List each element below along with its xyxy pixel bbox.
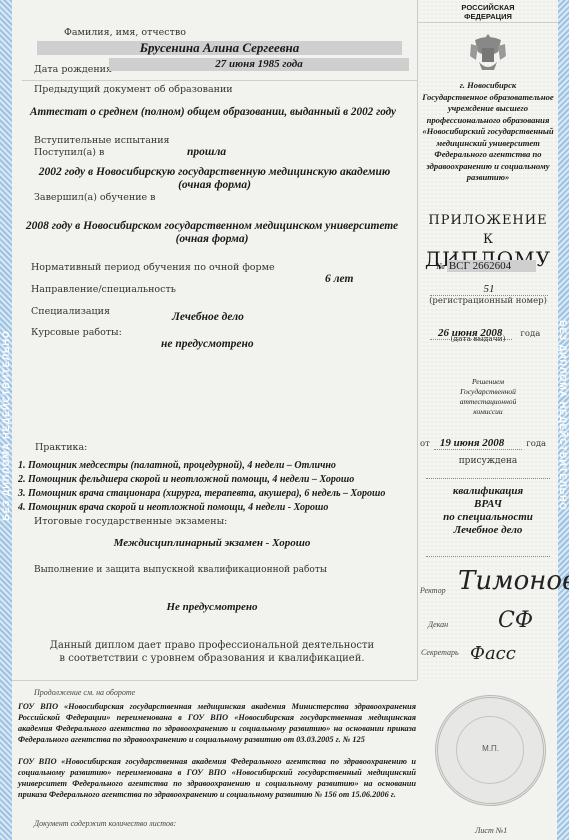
institution-city: г. Новосибирск xyxy=(418,80,558,92)
commission-line: аттестационной xyxy=(418,397,558,407)
specialization-value: Лечебное дело xyxy=(172,311,244,323)
divider xyxy=(22,80,417,81)
completion-value: 2008 году в Новосибирском государственно… xyxy=(12,220,412,232)
completion-form: (очная форма) xyxy=(12,233,412,245)
thesis-label: Выполнение и защита выпускной квалификац… xyxy=(34,565,327,575)
period-label: Нормативный период обучения по очной фор… xyxy=(31,262,275,273)
direction-label: Направление/специальность xyxy=(31,284,176,295)
qualification-label: квалификация xyxy=(418,485,558,498)
dean-signature: СФ xyxy=(498,608,533,633)
commission-block: Решением Государственной аттестационной … xyxy=(418,377,558,417)
supplement-number: ВСГ 2662604 xyxy=(447,260,536,272)
rights-line1: Данный диплом дает право профессионально… xyxy=(12,640,412,651)
number-prefix: № xyxy=(436,261,445,271)
reg-number: 51 xyxy=(430,283,548,296)
enrolled-form: (очная форма) xyxy=(22,179,407,191)
awarded-label: присуждена xyxy=(418,456,558,466)
commission-line: Решением xyxy=(418,377,558,387)
side-column: РОССИЙСКАЯ ФЕДЕРАЦИЯ г. Новосибирск Госу… xyxy=(417,0,558,680)
sheets-count-label: Документ содержит количество листов: xyxy=(34,819,176,828)
specialty-label: по специальности xyxy=(418,511,558,524)
commission-date-row: от 19 июня 2008 года xyxy=(420,433,558,451)
institution-line: учреждение высшего xyxy=(418,103,558,115)
supplement-title-line1: ПРИЛОЖЕНИЕ xyxy=(418,213,558,228)
practice-label: Практика: xyxy=(35,442,87,453)
period-value: 6 лет xyxy=(325,273,353,285)
secretary-label: Секретарь xyxy=(421,648,459,657)
prev-doc-label: Предыдущий документ об образовании xyxy=(34,84,233,95)
exams-value: Междисциплинарный экзамен - Хорошо xyxy=(12,537,412,549)
coursework-value: не предусмотрено xyxy=(161,338,254,350)
completion-label: Завершил(а) обучение в xyxy=(34,192,156,203)
secretary-signature: Фасс xyxy=(470,643,516,664)
rector-label: Ректор xyxy=(420,586,446,595)
practice-item: 2. Помощник фельдшера скорой и неотложно… xyxy=(18,473,418,487)
enrolled-value: 2002 году в Новосибирскую государственну… xyxy=(22,166,407,178)
security-strip-text: БЕЗ ДИПЛОМА НЕДЕЙСТВИТЕЛЬНО xyxy=(1,330,11,521)
commission-line: Государственной xyxy=(418,387,558,397)
reg-number-label: (регистрационный номер) xyxy=(418,296,558,306)
specialty-value: Лечебное дело xyxy=(418,524,558,537)
commission-date-prefix: от xyxy=(420,439,430,449)
specialization-label: Специализация xyxy=(31,306,110,317)
rights-line2: в соответствии с уровнем образования и к… xyxy=(12,653,412,664)
birth-value: 27 июня 1985 года xyxy=(109,58,409,71)
country-line1: РОССИЙСКАЯ xyxy=(418,3,558,12)
rector-signature: Тимонов xyxy=(458,566,569,596)
prev-doc-value: Аттестат о среднем (полном) общем образо… xyxy=(30,106,420,118)
institution-line: «Новосибирский государственный xyxy=(418,126,558,138)
issue-date-label: (дата выдачи) xyxy=(418,334,538,343)
practice-item: 4. Помощник врача скорой и неотложной по… xyxy=(18,501,418,515)
country-line2: ФЕДЕРАЦИЯ xyxy=(418,12,558,21)
commission-date: 19 июня 2008 xyxy=(434,437,522,450)
commission-date-suffix: года xyxy=(526,439,546,449)
enrolled-label: Поступил(а) в xyxy=(34,147,104,158)
country-title: РОССИЙСКАЯ ФЕДЕРАЦИЯ xyxy=(418,3,558,21)
divider xyxy=(426,556,550,557)
entrance-label: Вступительные испытания xyxy=(34,135,170,146)
footer: Продолжение см. на обороте ГОУ ВПО «Ново… xyxy=(12,680,417,840)
institution-line: Государственное образовательное xyxy=(418,92,558,104)
exams-label: Итоговые государственные экзамены: xyxy=(34,516,227,527)
seal-label: М.П. xyxy=(438,744,543,753)
institution-block: г. Новосибирск Государственное образоват… xyxy=(418,80,558,184)
coursework-label: Курсовые работы: xyxy=(31,327,122,338)
institution-line: Федерального агентства по xyxy=(418,149,558,161)
continued-note: Продолжение см. на обороте xyxy=(34,688,135,697)
institution-line: здравоохранению и социальному xyxy=(418,161,558,173)
practice-item: 1. Помощник медсестры (палатной, процеду… xyxy=(18,459,418,473)
left-security-border: БЕЗ ДИПЛОМА НЕДЕЙСТВИТЕЛЬНО xyxy=(0,0,12,840)
practice-item: 3. Помощник врача стационара (хирурга, т… xyxy=(18,487,418,501)
supplement-title-prefix: К xyxy=(483,232,493,247)
right-security-border: БЕЗ ДИПЛОМА НЕДЕЙСТВИТЕЛЬНО xyxy=(557,0,569,840)
institution-line: развитию» xyxy=(418,172,558,184)
qualification-value: ВРАЧ xyxy=(418,498,558,511)
qualification-block: квалификация ВРАЧ по специальности Лечеб… xyxy=(418,485,558,537)
entrance-value: прошла xyxy=(187,146,226,158)
institution-line: профессионального образования xyxy=(418,115,558,127)
thesis-value: Не предусмотрено xyxy=(12,601,412,613)
institution-line: медицинский университет xyxy=(418,138,558,150)
security-strip-text: БЕЗ ДИПЛОМА НЕДЕЙСТВИТЕЛЬНО xyxy=(558,320,568,511)
coat-of-arms-icon xyxy=(465,30,511,76)
divider xyxy=(418,22,558,23)
footer-para1: ГОУ ВПО «Новосибирская государственная м… xyxy=(18,701,416,745)
supplement-number-row: № ВСГ 2662604 xyxy=(436,260,536,272)
commission-line: комиссии xyxy=(418,407,558,417)
birth-label: Дата рождения xyxy=(34,64,112,75)
name-label: Фамилия, имя, отчество xyxy=(64,27,186,38)
footer-para2: ГОУ ВПО «Новосибирская государственная а… xyxy=(18,756,416,800)
sheet-number: Лист №1 xyxy=(475,826,507,835)
stamp-seal: М.П. xyxy=(435,695,546,806)
dean-label: Декан xyxy=(428,620,448,629)
practice-list: 1. Помощник медсестры (палатной, процеду… xyxy=(18,459,418,515)
divider xyxy=(426,478,550,479)
name-value: Брусенина Алина Сергеевна xyxy=(37,41,402,55)
